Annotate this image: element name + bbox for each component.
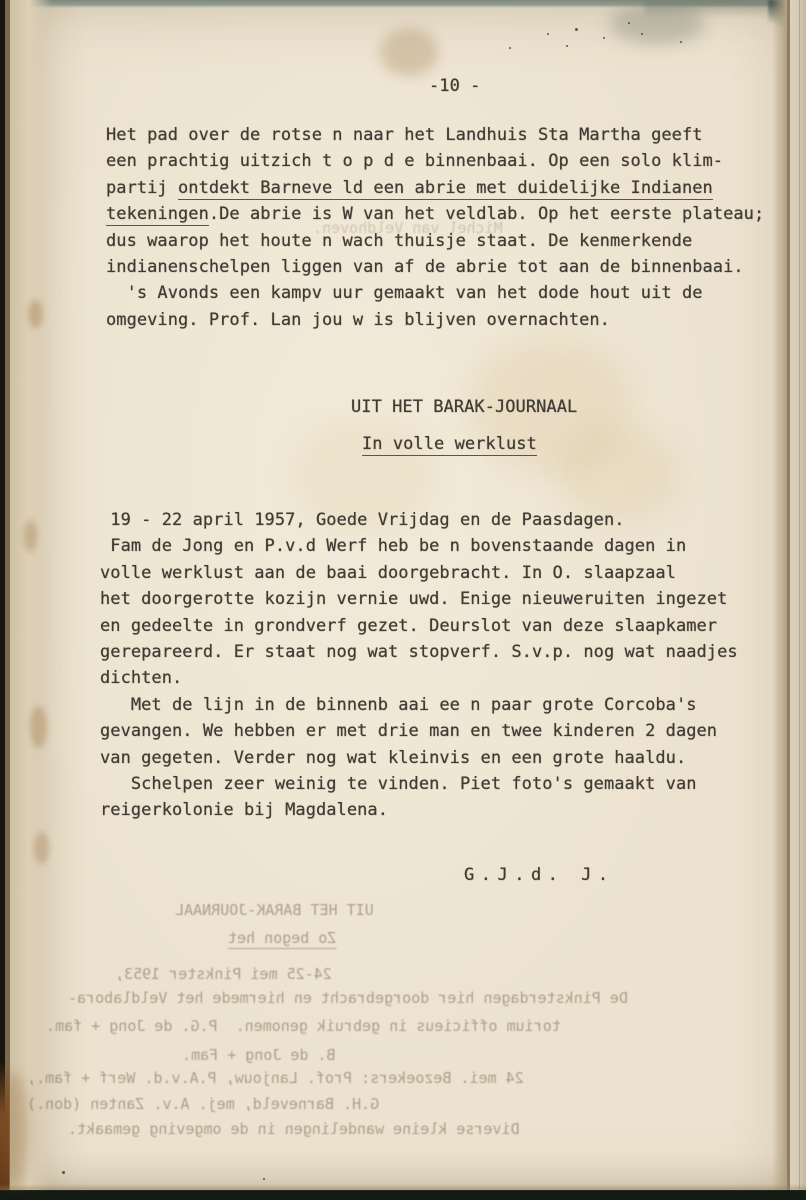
text-line: omgeving. Prof. Lan jou w is blijven ove… (106, 307, 764, 333)
text-segment: gevangen. We hebben er met drie man en t… (100, 721, 717, 741)
text-line: en gedeelte in grondverf gezet. Deurslot… (100, 613, 738, 639)
bleedthrough-underlined-text: Zo begon het (228, 929, 336, 949)
journal-header: UIT HET BARAK-JOURNAAL (351, 394, 577, 420)
bottom-scan-edge (0, 1190, 806, 1200)
bleedthrough-text: 24 mei. Bezoekers: Prof. Lanjouw, P.A.v.… (27, 1066, 524, 1090)
page-number: -10 - (429, 73, 480, 99)
text-segment: indianenschelpen liggen van af de abrie … (106, 257, 744, 277)
text-segment: Met de lijn in de binnenb aai ee n paar … (100, 695, 697, 715)
underlined-text: ontdekt Barneve ld een abrie met duideli… (178, 178, 713, 200)
bleedthrough-text: Diverse kleine wandelingen in de omgevin… (68, 1117, 520, 1141)
text-line: het doorgerotte kozijn vernie uwd. Enige… (100, 586, 738, 612)
scanned-document-page: Michel van Veldhoven.UIT HET BARAK-JOURN… (0, 0, 806, 1200)
text-segment: 's Avonds een kampv uur gemaakt van het … (106, 283, 703, 303)
text-line: volle werklust aan de baai doorgebracht.… (100, 560, 738, 586)
stain-brown-top (380, 28, 438, 76)
underlined-text: tekeningen (106, 204, 209, 226)
text-segment: het doorgerotte kozijn vernie uwd. Enige… (100, 589, 727, 609)
bleedthrough-text: De Pinksterdagen hier doorgebracht en hi… (68, 986, 628, 1010)
signature: G.J.d. J. (464, 862, 615, 888)
paragraph-1: Het pad over de rotse n naar het Landhui… (106, 122, 764, 333)
right-page-edge-shadow (772, 0, 788, 1200)
text-line: Met de lijn in de binnenb aai ee n paar … (100, 692, 738, 718)
text-line: 19 - 22 april 1957, Goede Vrijdag en de … (100, 507, 738, 533)
bleedthrough-text: 24-25 mei Pinkster 1953, (115, 962, 332, 986)
text-line: Schelpen zeer weinig te vinden. Piet fot… (100, 771, 738, 797)
text-segment: en gedeelte in grondverf gezet. Deurslot… (100, 616, 717, 636)
ink-speck (641, 33, 643, 35)
ink-speck (628, 22, 630, 24)
right-next-page-strip (790, 0, 806, 1200)
ink-speck (575, 28, 578, 31)
journal-subheader-text: In volle werklust (362, 434, 537, 456)
text-segment: 19 - 22 april 1957, Goede Vrijdag en de … (100, 510, 625, 530)
bleedthrough-text: torium officieus in gebruik genomen. P.G… (46, 1014, 561, 1038)
bleedthrough-text: Zo begon het (228, 926, 336, 950)
text-line: gerepareerd. Er staat nog wat stopverf. … (100, 639, 738, 665)
text-segment: omgeving. Prof. Lan jou w is blijven ove… (106, 310, 610, 330)
text-segment: Schelpen zeer weinig te vinden. Piet fot… (100, 774, 697, 794)
left-bottom-red-edge (0, 1060, 9, 1200)
bleedthrough-text: B. de Jong + Fam. (182, 1043, 336, 1067)
journal-subheader: In volle werklust (362, 431, 537, 457)
text-line: gevangen. We hebben er met drie man en t… (100, 718, 738, 744)
text-segment: .De abrie is W van het veldlab. Op het e… (209, 204, 764, 224)
text-line: Fam de Jong en P.v.d Werf heb be n boven… (100, 533, 738, 559)
text-line: tekeningen.De abrie is W van het veldlab… (106, 201, 764, 227)
text-line: Het pad over de rotse n naar het Landhui… (106, 122, 764, 148)
ink-speck (263, 1178, 265, 1180)
text-line: een prachtig uitzich t o p d e binnenbaa… (106, 148, 764, 174)
text-segment: van gegeten. Verder nog wat kleinvis en … (100, 748, 686, 768)
text-segment: een prachtig uitzich t o p d e binnenbaa… (106, 151, 723, 171)
ink-speck (509, 47, 511, 49)
text-line: 's Avonds een kampv uur gemaakt van het … (106, 280, 764, 306)
text-line: reigerkolonie bij Magdalena. (100, 797, 738, 823)
text-line: indianenschelpen liggen van af de abrie … (106, 254, 764, 280)
right-next-page-inner-line (799, 0, 800, 1200)
text-segment: dus waarop het houte n wach thuisje staa… (106, 231, 692, 251)
text-segment: reigerkolonie bij Magdalena. (100, 800, 388, 820)
ink-speck (62, 1171, 65, 1174)
text-line: dichten. (100, 665, 738, 691)
text-line: dus waarop het houte n wach thuisje staa… (106, 228, 764, 254)
ink-speck (680, 41, 682, 43)
ink-speck (566, 45, 568, 47)
text-line: van gegeten. Verder nog wat kleinvis en … (100, 745, 738, 771)
text-segment: gerepareerd. Er staat nog wat stopverf. … (100, 642, 738, 662)
text-segment: dichten. (100, 668, 182, 688)
ink-speck (603, 37, 605, 39)
ink-speck (547, 33, 549, 35)
paragraph-2: 19 - 22 april 1957, Goede Vrijdag en de … (100, 507, 738, 824)
text-line: partij ontdekt Barneve ld een abrie met … (106, 175, 764, 201)
bottom-edge-tan-line (0, 1184, 806, 1190)
text-segment: partij (106, 178, 178, 198)
text-segment: Het pad over de rotse n naar het Landhui… (106, 125, 703, 145)
text-segment: Fam de Jong en P.v.d Werf heb be n boven… (100, 536, 686, 556)
text-segment: volle werklust aan de baai doorgebracht.… (100, 563, 676, 583)
bleedthrough-text: G.H. Barneveld, mej. A.v. Zanten (don.) (27, 1092, 379, 1116)
bleedthrough-text: UIT HET BARAK-JOURNAAL (175, 898, 374, 922)
